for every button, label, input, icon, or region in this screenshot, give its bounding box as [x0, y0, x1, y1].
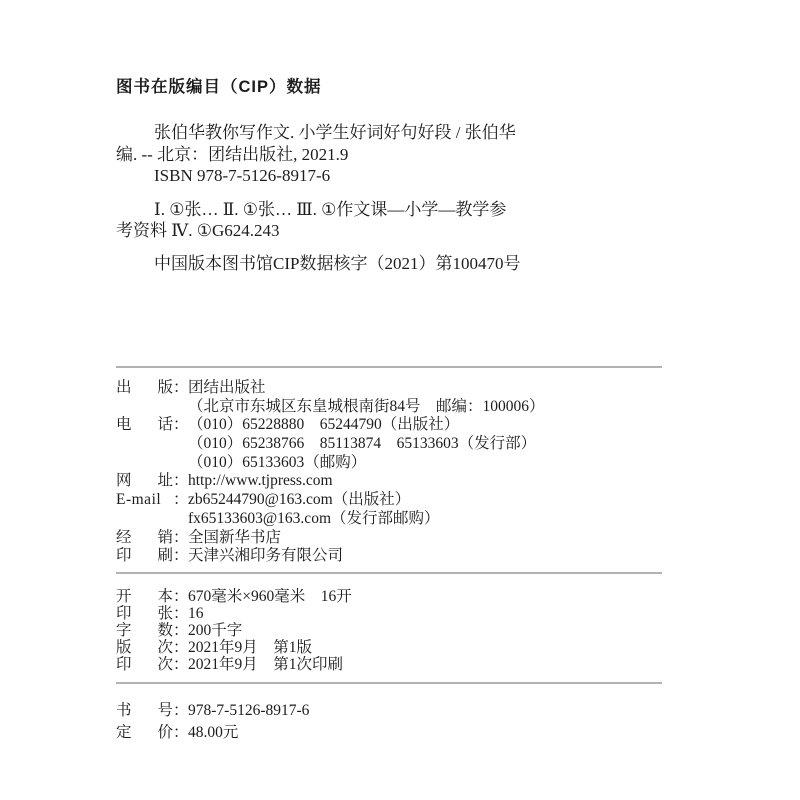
print-row-format: 开本：670毫米×960毫米 16开	[116, 588, 676, 605]
pub-row-publisher: 出版：团结出版社	[116, 379, 676, 398]
row-colon: ：	[173, 379, 188, 398]
label-char: 号	[157, 700, 173, 722]
row-value: 2021年9月 第1次印刷	[188, 656, 343, 673]
book-title-line: 张伯华教你写作文. 小学生好词好句好段 / 张伯华	[116, 122, 676, 144]
label-char: 价	[157, 722, 173, 744]
cip-data-header: 图书在版编目（CIP）数据	[116, 76, 676, 98]
row-label: 经销	[116, 529, 173, 548]
publisher-line: 编. -- 北京：团结出版社, 2021.9	[116, 144, 676, 166]
label-char: 书	[116, 700, 132, 722]
row-colon: ：	[173, 722, 188, 744]
row-value: 16	[188, 605, 204, 622]
row-colon: ：	[173, 547, 188, 566]
publication-info-section: 出版：团结出版社 （北京市东城区东皇城根南街84号 邮编：100006） 电话：…	[116, 379, 676, 566]
pub-row-phone-1: 电话：（010）65228880 65244790（出版社）	[116, 416, 676, 435]
page-content: 图书在版编目（CIP）数据 张伯华教你写作文. 小学生好词好句好段 / 张伯华 …	[0, 0, 676, 744]
divider-2	[116, 572, 662, 574]
row-value: zb65244790@163.com（出版社）	[188, 491, 410, 508]
label-char: 出	[116, 379, 132, 398]
pricing-section: 书号：978-7-5126-8917-6 定价：48.00元	[116, 700, 676, 744]
cip-title-paragraph: 张伯华教你写作文. 小学生好词好句好段 / 张伯华 编. -- 北京：团结出版社…	[116, 122, 676, 187]
classification-paragraph: Ⅰ. ①张… Ⅱ. ①张… Ⅲ. ①作文课—小学—教学参 考资料 Ⅳ. ①G62…	[116, 199, 676, 242]
row-value: 天津兴湘印务有限公司	[188, 547, 343, 564]
row-label: 字数	[116, 622, 173, 639]
print-row-edition: 版次：2021年9月 第1版	[116, 639, 676, 656]
pub-row-phone-2: （010）65238766 85113874 65133603（发行部）	[116, 435, 676, 454]
pub-row-distributor: 经销：全国新华书店	[116, 529, 676, 548]
print-row-wordcount: 字数：200千字	[116, 622, 676, 639]
classification-line-2: 考资料 Ⅳ. ①G624.243	[116, 220, 676, 242]
row-label: 印次	[116, 656, 173, 673]
pub-row-email-2: fx65133603@163.com（发行部邮购）	[116, 510, 676, 529]
row-label: 印刷	[116, 547, 173, 566]
label-char: 经	[116, 529, 132, 548]
row-value: 团结出版社	[188, 379, 266, 396]
row-label: 出版	[116, 379, 173, 398]
row-colon: ：	[173, 639, 188, 656]
label-char: 本	[157, 588, 173, 605]
row-value: （北京市东城区东皇城根南街84号 邮编：100006）	[188, 398, 545, 415]
row-colon: ：	[173, 700, 188, 722]
row-colon: ：	[173, 472, 188, 491]
row-value: 200千字	[188, 622, 242, 639]
label-char: 版	[116, 639, 132, 656]
row-colon: ：	[173, 605, 188, 622]
row-value: 978-7-5126-8917-6	[188, 702, 309, 719]
row-label: 电话	[116, 416, 173, 435]
label-char: 张	[157, 605, 173, 622]
row-label: 定价	[116, 722, 173, 744]
cip-record-paragraph: 中国版本图书馆CIP数据核字（2021）第100470号	[116, 253, 676, 275]
label-char: 开	[116, 588, 132, 605]
row-value: 全国新华书店	[188, 529, 281, 546]
label-char: 话	[157, 416, 173, 435]
row-colon: ：	[173, 622, 188, 639]
copyright-page: 图书在版编目（CIP）数据 张伯华教你写作文. 小学生好词好句好段 / 张伯华 …	[0, 0, 800, 800]
label-char: 址	[157, 472, 173, 491]
row-value: 670毫米×960毫米 16开	[188, 588, 352, 605]
pub-row-address: （北京市东城区东皇城根南街84号 邮编：100006）	[116, 398, 676, 417]
label-char: 字	[116, 622, 132, 639]
divider-3	[116, 682, 662, 684]
row-colon: ：	[173, 416, 188, 435]
row-label: 开本	[116, 588, 173, 605]
row-value: 48.00元	[188, 724, 238, 741]
row-colon: ：	[173, 656, 188, 673]
label-char: 网	[116, 472, 132, 491]
row-value: 2021年9月 第1版	[188, 639, 312, 656]
label-char: 定	[116, 722, 132, 744]
pub-row-printer: 印刷：天津兴湘印务有限公司	[116, 547, 676, 566]
row-colon: ：	[173, 491, 188, 510]
row-label: 书号	[116, 700, 173, 722]
row-value: （010）65133603（邮购）	[188, 454, 366, 471]
label-char: 销	[157, 529, 173, 548]
row-colon: ：	[173, 529, 188, 548]
price-row-isbn: 书号：978-7-5126-8917-6	[116, 700, 676, 722]
label-char: 印	[116, 547, 132, 566]
label-char: 次	[157, 639, 173, 656]
label-char: 数	[157, 622, 173, 639]
printing-info-section: 开本：670毫米×960毫米 16开 印张：16 字数：200千字 版次：202…	[116, 588, 676, 673]
label-char: 印	[116, 605, 132, 622]
row-value: http://www.tjpress.com	[188, 472, 333, 489]
row-value: （010）65238766 85113874 65133603（发行部）	[188, 435, 536, 452]
row-colon: ：	[173, 588, 188, 605]
print-row-impression: 印次：2021年9月 第1次印刷	[116, 656, 676, 673]
pub-row-email-1: E-mail：zb65244790@163.com（出版社）	[116, 491, 676, 510]
pub-row-website: 网址：http://www.tjpress.com	[116, 472, 676, 491]
label-char: 次	[157, 656, 173, 673]
row-label: 版次	[116, 639, 173, 656]
isbn-line: ISBN 978-7-5126-8917-6	[116, 165, 676, 187]
divider-1	[116, 366, 662, 368]
label-char: 版	[157, 379, 173, 398]
classification-line-1: Ⅰ. ①张… Ⅱ. ①张… Ⅲ. ①作文课—小学—教学参	[116, 199, 676, 221]
label-char: 电	[116, 416, 132, 435]
row-label: 印张	[116, 605, 173, 622]
row-label: 网址	[116, 472, 173, 491]
row-value: （010）65228880 65244790（出版社）	[188, 416, 459, 433]
cip-record-line: 中国版本图书馆CIP数据核字（2021）第100470号	[116, 253, 676, 275]
row-value: fx65133603@163.com（发行部邮购）	[188, 510, 440, 527]
row-label: E-mail	[116, 491, 173, 510]
print-row-sheets: 印张：16	[116, 605, 676, 622]
price-row-price: 定价：48.00元	[116, 722, 676, 744]
label-char: 印	[116, 656, 132, 673]
label-char: 刷	[157, 547, 173, 566]
pub-row-phone-3: （010）65133603（邮购）	[116, 454, 676, 473]
